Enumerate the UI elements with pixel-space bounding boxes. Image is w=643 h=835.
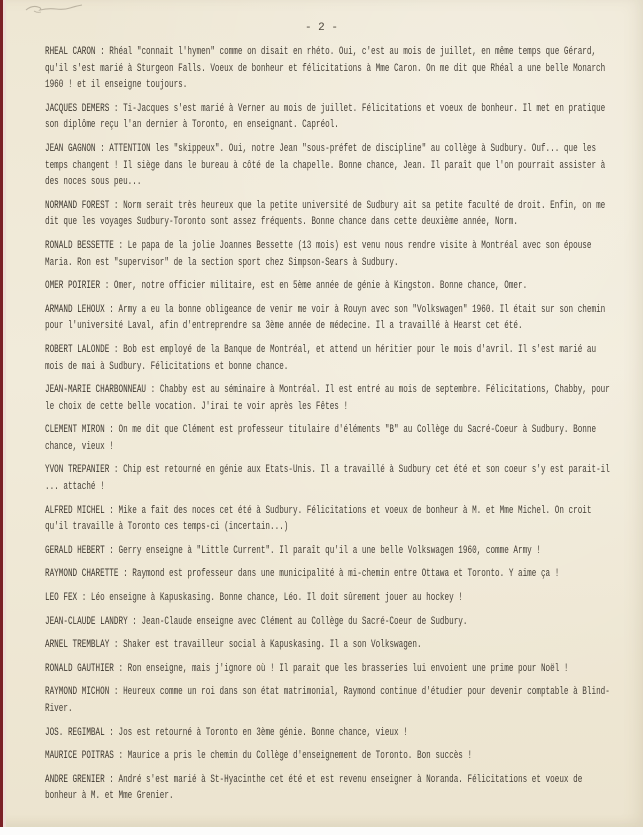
entry-separator: : (105, 727, 119, 739)
entry-text: Raymond est professeur dans une municipa… (132, 568, 559, 580)
alumni-entry: ANDRE GRENIER : André s'est marié à St-H… (45, 772, 612, 805)
entry-separator: : (109, 686, 123, 698)
entry-separator: : (109, 103, 123, 115)
alumni-entry: RONALD GAUTHIER : Ron enseigne, mais j'i… (45, 661, 612, 678)
entry-text: Ti-Jacques s'est marié à Verner au mois … (45, 103, 605, 132)
entry-separator: : (105, 424, 119, 436)
entry-text: Ron enseigne, mais j'ignore où ! Il para… (128, 663, 569, 675)
alumni-entry: CLEMENT MIRON : On me dit que Clément es… (45, 422, 612, 455)
entry-person-name: JEAN GAGNON (45, 143, 96, 155)
entry-separator: : (118, 568, 132, 580)
entry-person-name: YVON TREPANIER (45, 464, 109, 476)
entry-person-name: LEO FEX (45, 592, 77, 604)
entry-person-name: RAYMOND MICHON (45, 686, 109, 698)
entry-person-name: JACQUES DEMERS (45, 103, 109, 115)
entry-separator: : (109, 344, 123, 356)
alumni-entry: JEAN GAGNON : ATTENTION les "skippeux". … (45, 141, 612, 191)
entry-separator: : (96, 143, 110, 155)
entry-separator: : (77, 592, 91, 604)
entry-person-name: JEAN-CLAUDE LANDRY (45, 616, 128, 628)
entry-person-name: RHEAL CARON (45, 46, 96, 58)
entry-person-name: ARNEL TREMBLAY (45, 639, 109, 651)
alumni-entry: JOS. REGIMBAL : Jos est retourné à Toron… (45, 725, 612, 742)
entry-separator: : (109, 639, 123, 651)
alumni-entry: GERALD HEBERT : Gerry enseigne à "Little… (45, 543, 612, 560)
entry-separator: : (105, 304, 119, 316)
entry-person-name: OMER POIRIER (45, 280, 100, 292)
entry-separator: : (109, 200, 123, 212)
entry-text: Jos est retourné à Toronto en 3ème génie… (118, 727, 407, 739)
entry-text: André s'est marié à St-Hyacinthe cet été… (45, 774, 582, 803)
scan-bottom-edge (0, 827, 643, 835)
page-number: - 2 - (0, 22, 643, 34)
alumni-entry: JEAN-MARIE CHARBONNEAU : Chabby est au s… (45, 382, 612, 415)
entries-list: RHEAL CARON : Rhéal "connait l'hymen" co… (45, 44, 612, 812)
entry-text: Chip est retourné en génie aux Etats-Uni… (45, 464, 610, 493)
alumni-entry: YVON TREPANIER : Chip est retourné en gé… (45, 462, 612, 495)
entry-text: Jean-Claude enseigne avec Clément au Col… (141, 616, 467, 628)
entry-text: Gerry enseigne à "Little Current". Il pa… (118, 545, 540, 557)
entry-separator: : (105, 505, 119, 517)
alumni-entry: ARNEL TREMBLAY : Shaker est travailleur … (45, 637, 612, 654)
entry-text: Bob est employé de la Banque de Montréal… (45, 344, 596, 373)
entry-person-name: ARMAND LEHOUX (45, 304, 105, 316)
entry-person-name: RONALD GAUTHIER (45, 663, 114, 675)
alumni-entry: RHEAL CARON : Rhéal "connait l'hymen" co… (45, 44, 612, 94)
scanned-document-view: - 2 - RHEAL CARON : Rhéal "connait l'hym… (0, 0, 643, 835)
entry-separator: : (109, 464, 123, 476)
entry-separator: : (114, 240, 128, 252)
entry-separator: : (105, 545, 119, 557)
entry-text: Le papa de la jolie Joannes Bessette (13… (45, 240, 591, 269)
entry-text: Heureux comme un roi dans son état matri… (45, 686, 610, 715)
pencil-scribble-mark (24, 2, 86, 20)
document-page: - 2 - RHEAL CARON : Rhéal "connait l'hym… (0, 0, 643, 827)
entry-separator: : (114, 663, 128, 675)
entry-text: Norm serait très heureux que la petite u… (45, 200, 605, 229)
alumni-entry: LEO FEX : Léo enseigne à Kapuskasing. Bo… (45, 590, 612, 607)
entry-text: Maurice a pris le chemin du Collège d'en… (128, 750, 472, 762)
entry-separator: : (105, 774, 119, 786)
entry-separator: : (114, 750, 128, 762)
page-left-edge-highlight (3, 0, 6, 827)
alumni-entry: NORMAND FOREST : Norm serait très heureu… (45, 198, 612, 231)
alumni-entry: RAYMOND MICHON : Heureux comme un roi da… (45, 684, 612, 717)
alumni-entry: RONALD BESSETTE : Le papa de la jolie Jo… (45, 238, 612, 271)
alumni-entry: ARMAND LEHOUX : Army a eu la bonne oblig… (45, 302, 612, 335)
entry-person-name: MAURICE POITRAS (45, 750, 114, 762)
entry-person-name: NORMAND FOREST (45, 200, 109, 212)
alumni-entry: JEAN-CLAUDE LANDRY : Jean-Claude enseign… (45, 614, 612, 631)
entry-text: ATTENTION les "skippeux". Oui, notre Jea… (45, 143, 605, 188)
entry-person-name: ALFRED MICHEL (45, 505, 105, 517)
entry-text: On me dit que Clément est professeur tit… (45, 424, 596, 453)
entry-separator: : (128, 616, 142, 628)
entry-person-name: GERALD HEBERT (45, 545, 105, 557)
entry-separator: : (100, 280, 114, 292)
entry-text: Omer, notre officier militaire, est en 5… (114, 280, 527, 292)
alumni-entry: ALFRED MICHEL : Mike a fait des noces ce… (45, 503, 612, 536)
entry-text: Mike a fait des noces cet été à Sudbury.… (45, 505, 591, 534)
alumni-entry: ROBERT LALONDE : Bob est employé de la B… (45, 342, 612, 375)
entry-person-name: RAYMOND CHARETTE (45, 568, 118, 580)
entry-separator: : (96, 46, 110, 58)
entry-person-name: ROBERT LALONDE (45, 344, 109, 356)
entry-text: Rhéal "connait l'hymen" comme on disait … (45, 46, 605, 91)
entry-person-name: JEAN-MARIE CHARBONNEAU (45, 384, 146, 396)
entry-text: Léo enseigne à Kapuskasing. Bonne chance… (91, 592, 463, 604)
entry-text: Army a eu la bonne obligeance de venir m… (45, 304, 605, 333)
entry-person-name: JOS. REGIMBAL (45, 727, 105, 739)
entry-text: Shaker est travailleur social à Kapuskas… (123, 639, 421, 651)
alumni-entry: OMER POIRIER : Omer, notre officier mili… (45, 278, 612, 295)
entry-person-name: RONALD BESSETTE (45, 240, 114, 252)
alumni-entry: MAURICE POITRAS : Maurice a pris le chem… (45, 748, 612, 765)
entry-separator: : (146, 384, 160, 396)
entry-person-name: CLEMENT MIRON (45, 424, 105, 436)
alumni-entry: JACQUES DEMERS : Ti-Jacques s'est marié … (45, 101, 612, 134)
entry-person-name: ANDRE GRENIER (45, 774, 105, 786)
alumni-entry: RAYMOND CHARETTE : Raymond est professeu… (45, 566, 612, 583)
